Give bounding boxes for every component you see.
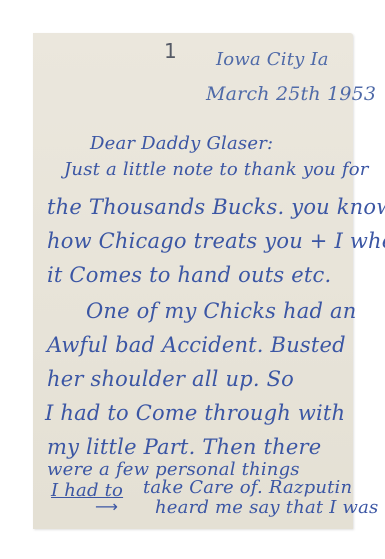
letter-paper: 1 Iowa City Ia March 25th 1953 Dear Dadd… xyxy=(33,33,353,529)
letter-line: Awful bad Accident. Busted xyxy=(47,335,346,356)
letter-line: the Thousands Bucks. you know xyxy=(47,197,385,218)
letter-line: how Chicago treats you + I when xyxy=(47,231,385,252)
letter-line: One of my Chicks had an xyxy=(86,301,356,322)
letter-line-take-care: take Care of. Razputin xyxy=(143,479,352,497)
letter-place: Iowa City Ia xyxy=(216,51,329,69)
letter-line: heard me say that I was xyxy=(155,499,378,517)
letter-line: I had to Come through with xyxy=(45,403,345,424)
letter-line: my little Part. Then there xyxy=(47,437,321,458)
arrow-icon: ⟶ xyxy=(95,499,118,515)
letter-line: it Comes to hand outs etc. xyxy=(47,265,331,286)
page-number: 1 xyxy=(164,41,177,61)
letter-line: her shoulder all up. So xyxy=(47,369,294,390)
photo-stage: 1 Iowa City Ia March 25th 1953 Dear Dadd… xyxy=(0,0,385,559)
letter-date: March 25th 1953 xyxy=(206,85,376,104)
letter-line: Just a little note to thank you for xyxy=(64,161,369,179)
letter-salutation: Dear Daddy Glaser: xyxy=(90,135,273,153)
